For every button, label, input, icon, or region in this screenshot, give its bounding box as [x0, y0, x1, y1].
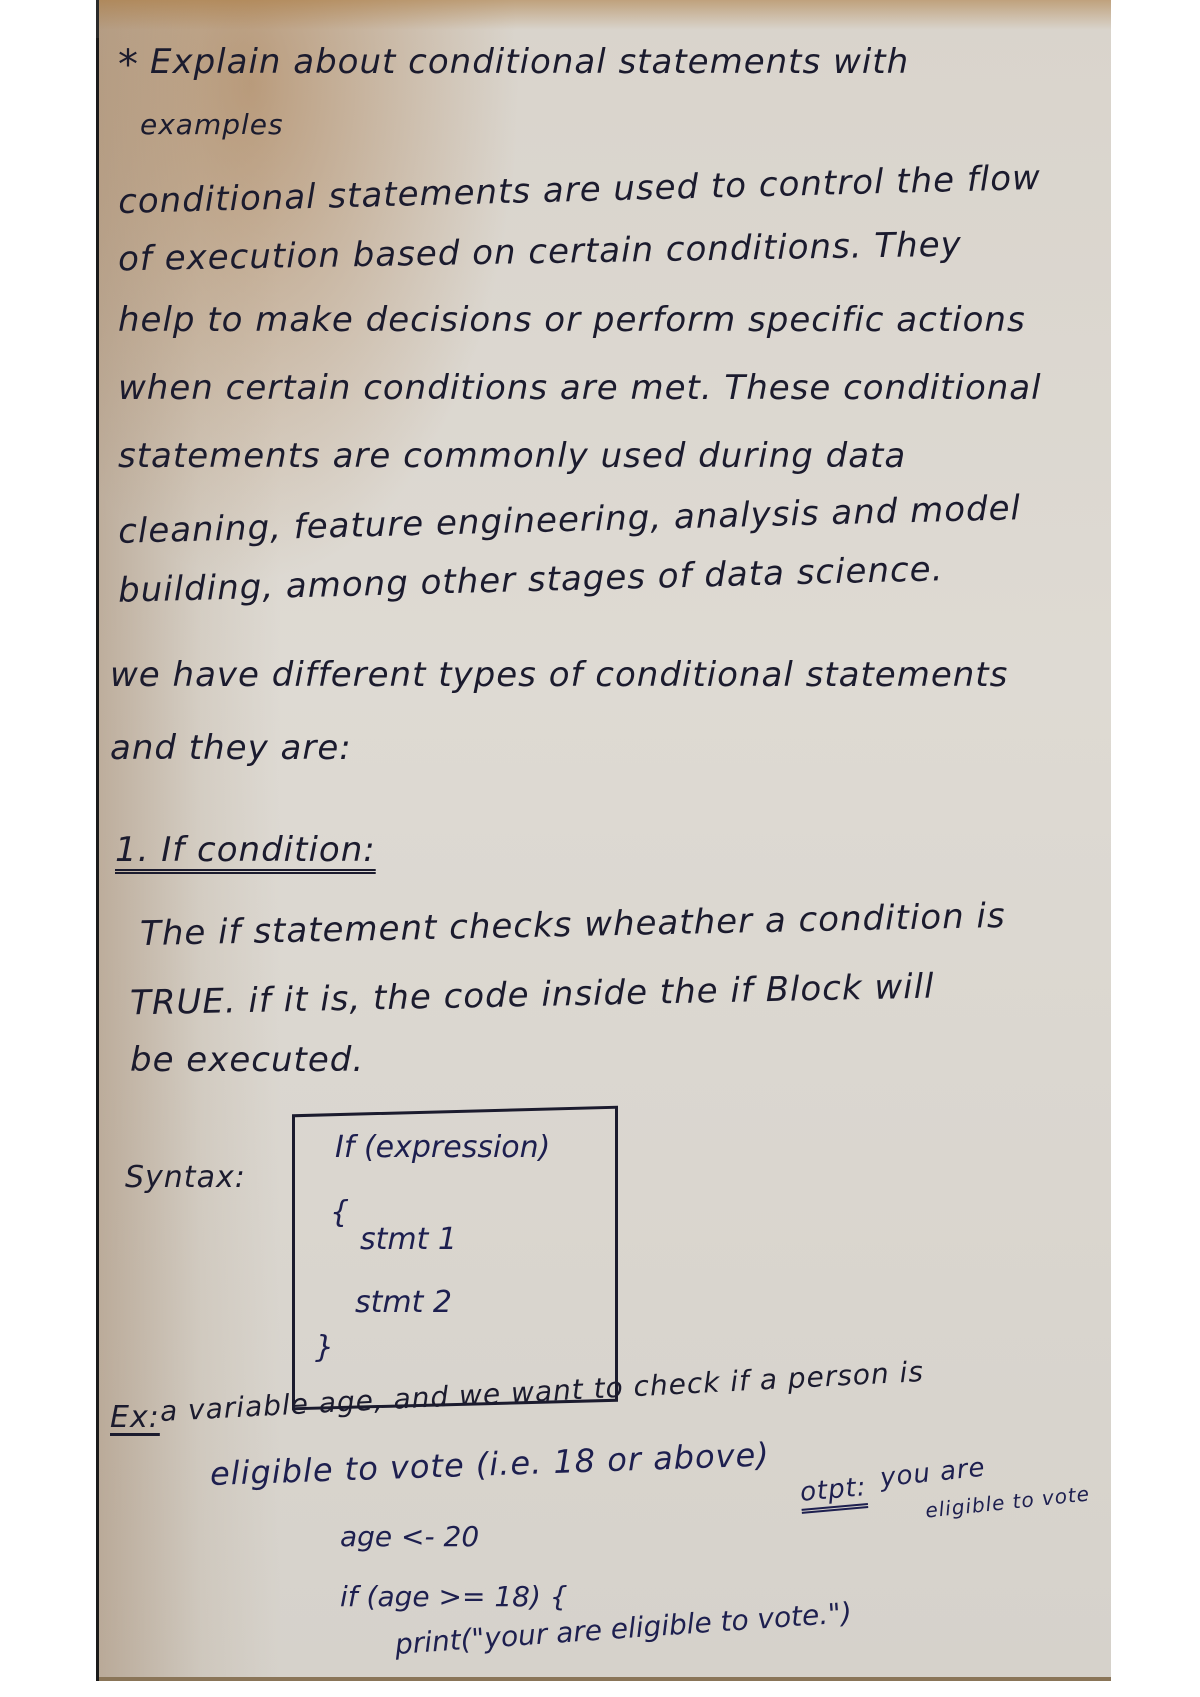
- question-line-1: Explain about conditional statements wit…: [150, 42, 909, 82]
- example-label: Ex:: [110, 1400, 160, 1435]
- intro-line-3: help to make decisions or perform specif…: [118, 300, 1026, 340]
- section-heading-if-condition: 1. If condition:: [115, 830, 376, 870]
- bullet-asterisk: *: [118, 42, 139, 88]
- output-label: otpt:: [799, 1472, 868, 1508]
- syntax-stmt-1: stmt 1: [360, 1222, 457, 1257]
- margin-line: [96, 38, 99, 1681]
- question-line-2: examples: [140, 108, 284, 141]
- intro-line-4: when certain conditions are met. These c…: [118, 368, 1042, 408]
- types-line-1: we have different types of conditional s…: [110, 655, 1008, 695]
- code-age-assignment: age <- 20: [340, 1520, 479, 1553]
- syntax-stmt-2: stmt 2: [355, 1285, 452, 1320]
- syntax-label: Syntax:: [125, 1160, 246, 1195]
- code-if-statement: if (age >= 18) {: [340, 1580, 568, 1613]
- syntax-open-brace: {: [330, 1195, 349, 1230]
- if-description-line-3: be executed.: [130, 1040, 364, 1080]
- syntax-close-brace: }: [315, 1330, 334, 1365]
- intro-line-5: statements are commonly used during data: [118, 436, 906, 476]
- types-line-2: and they are:: [110, 728, 352, 768]
- syntax-if-expression: If (expression): [335, 1130, 550, 1165]
